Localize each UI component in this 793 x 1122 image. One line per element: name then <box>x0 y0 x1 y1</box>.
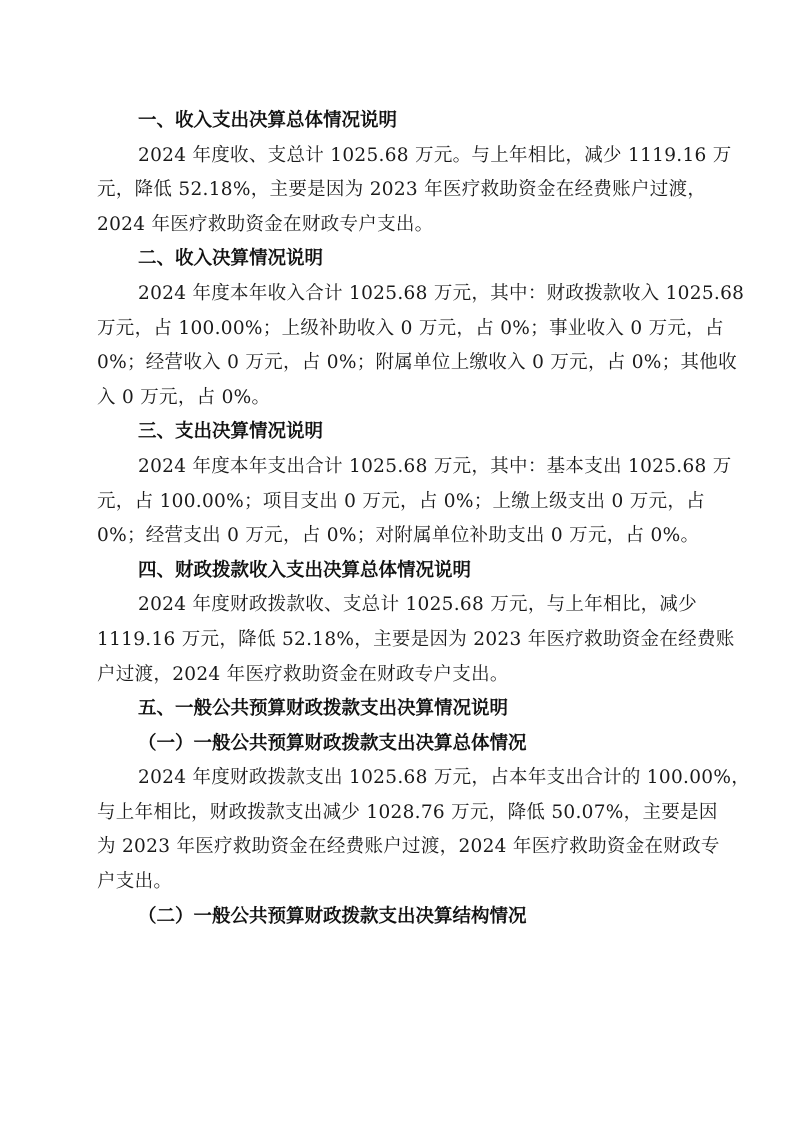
section-heading-3: 三、支出决算情况说明 <box>97 415 697 450</box>
subsection-heading-5-1: （一）一般公共预算财政拨款支出决算总体情况 <box>97 727 697 762</box>
paragraph-line: 2024 年度本年收入合计 1025.68 万元，其中：财政拨款收入 1025.… <box>97 277 697 312</box>
section-heading-1: 一、收入支出决算总体情况说明 <box>97 104 697 139</box>
paragraph-line: 户支出。 <box>97 865 697 900</box>
paragraph-line: 2024 年度财政拨款支出 1025.68 万元，占本年支出合计的 100.00… <box>97 761 697 796</box>
paragraph-line: 0%；经营收入 0 万元，占 0%；附属单位上缴收入 0 万元，占 0%；其他收 <box>97 346 697 381</box>
paragraph-line: 元，占 100.00%；项目支出 0 万元，占 0%；上缴上级支出 0 万元，占 <box>97 485 697 520</box>
paragraph-line: 为 2023 年医疗救助资金在经费账户过渡，2024 年医疗救助资金在财政专 <box>97 830 697 865</box>
paragraph-line: 1119.16 万元，降低 52.18%，主要是因为 2023 年医疗救助资金在… <box>97 623 697 658</box>
paragraph-line: 与上年相比，财政拨款支出减少 1028.76 万元，降低 50.07%，主要是因 <box>97 796 697 831</box>
paragraph-line: 元，降低 52.18%，主要是因为 2023 年医疗救助资金在经费账户过渡， <box>97 173 697 208</box>
section-heading-2: 二、收入决算情况说明 <box>97 242 697 277</box>
paragraph-line: 入 0 万元，占 0%。 <box>97 381 697 416</box>
paragraph-line: 2024 年度本年支出合计 1025.68 万元，其中：基本支出 1025.68… <box>97 450 697 485</box>
paragraph-line: 万元，占 100.00%；上级补助收入 0 万元，占 0%；事业收入 0 万元，… <box>97 312 697 347</box>
paragraph-line: 2024 年度财政拨款收、支总计 1025.68 万元，与上年相比，减少 <box>97 588 697 623</box>
paragraph-line: 2024 年度收、支总计 1025.68 万元。与上年相比，减少 1119.16… <box>97 139 697 174</box>
subsection-heading-5-2: （二）一般公共预算财政拨款支出决算结构情况 <box>97 900 697 935</box>
section-heading-5: 五、一般公共预算财政拨款支出决算情况说明 <box>97 692 697 727</box>
paragraph-line: 2024 年医疗救助资金在财政专户支出。 <box>97 208 697 243</box>
section-heading-4: 四、财政拨款收入支出决算总体情况说明 <box>97 554 697 589</box>
document-page: 一、收入支出决算总体情况说明 2024 年度收、支总计 1025.68 万元。与… <box>97 104 697 934</box>
paragraph-line: 户过渡，2024 年医疗救助资金在财政专户支出。 <box>97 658 697 693</box>
paragraph-line: 0%；经营支出 0 万元，占 0%；对附属单位补助支出 0 万元，占 0%。 <box>97 519 697 554</box>
